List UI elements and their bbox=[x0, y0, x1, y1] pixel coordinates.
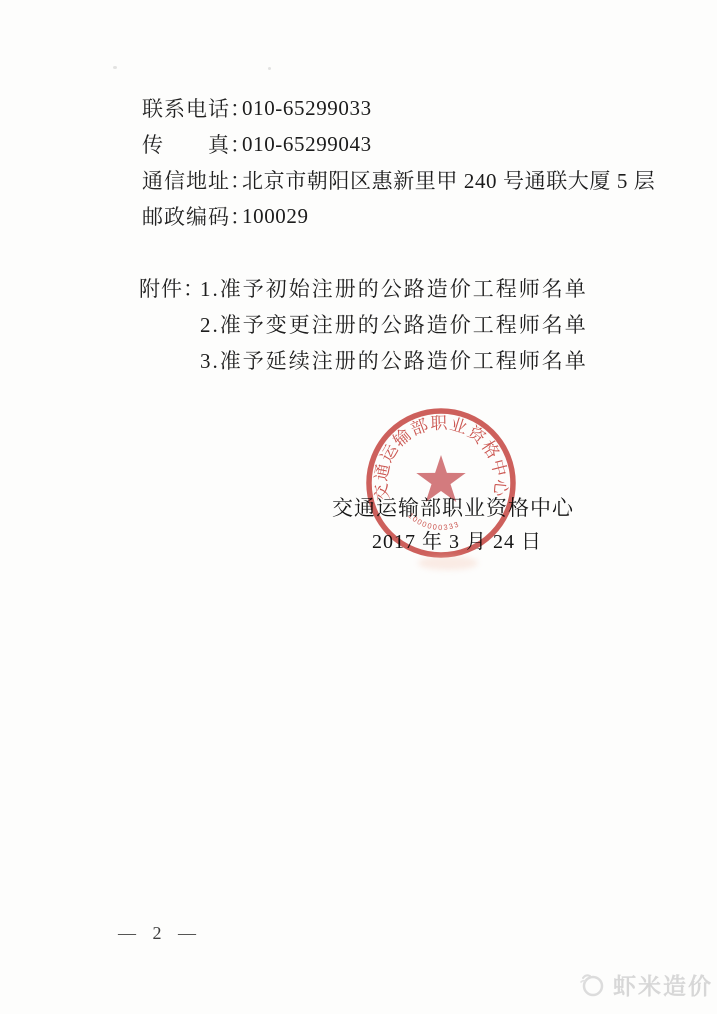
attachments-block: 附件： 1.准予初始注册的公路造价工程师名单 2.准予变更注册的公路造价工程师名… bbox=[139, 270, 588, 378]
watermark: 虾米造价 bbox=[577, 968, 713, 1001]
phone-value: 010-65299033 bbox=[242, 96, 372, 121]
seal-ink-smudge bbox=[418, 556, 478, 570]
contact-line-address: 通信地址： 北京市朝阳区惠新里甲 240 号通联大厦 5 层 bbox=[142, 162, 655, 198]
fax-label: 传 真： bbox=[142, 129, 242, 159]
contact-line-phone: 联系电话： 010-65299033 bbox=[142, 90, 655, 126]
scan-speck bbox=[113, 66, 117, 69]
document-page: 联系电话： 010-65299033 传 真： 010-65299043 通信地… bbox=[0, 0, 717, 1014]
contact-line-fax: 传 真： 010-65299043 bbox=[142, 126, 655, 162]
attachments-label: 附件： bbox=[139, 273, 200, 303]
attachment-item-2: 2.准予变更注册的公路造价工程师名单 bbox=[200, 309, 588, 339]
contact-block: 联系电话： 010-65299033 传 真： 010-65299043 通信地… bbox=[142, 90, 655, 234]
attachment-line: 2.准予变更注册的公路造价工程师名单 bbox=[139, 306, 588, 342]
phone-label: 联系电话： bbox=[142, 93, 242, 123]
postcode-label: 邮政编码： bbox=[142, 201, 242, 231]
page-number: — 2 — bbox=[118, 923, 198, 944]
shrimp-logo-icon bbox=[577, 970, 607, 1000]
scan-speck bbox=[268, 67, 271, 70]
attachment-item-3: 3.准予延续注册的公路造价工程师名单 bbox=[200, 345, 588, 375]
address-value: 北京市朝阳区惠新里甲 240 号通联大厦 5 层 bbox=[242, 165, 655, 195]
seal-star-icon bbox=[416, 455, 465, 502]
attachment-item-1: 1.准予初始注册的公路造价工程师名单 bbox=[200, 273, 588, 303]
address-label: 通信地址： bbox=[142, 165, 242, 195]
contact-line-postcode: 邮政编码： 100029 bbox=[142, 198, 655, 234]
attachment-line: 附件： 1.准予初始注册的公路造价工程师名单 bbox=[139, 270, 588, 306]
postcode-value: 100029 bbox=[242, 204, 309, 229]
attachment-line: 3.准予延续注册的公路造价工程师名单 bbox=[139, 342, 588, 378]
seal-graphic: 交通运输部职业资格中心 1000000333 bbox=[356, 398, 526, 568]
watermark-text: 虾米造价 bbox=[613, 968, 713, 1001]
official-seal-stamp: 交通运输部职业资格中心 1000000333 bbox=[356, 398, 526, 568]
fax-value: 010-65299043 bbox=[242, 132, 372, 157]
seal-serial-number: 1000000333 bbox=[406, 511, 461, 532]
